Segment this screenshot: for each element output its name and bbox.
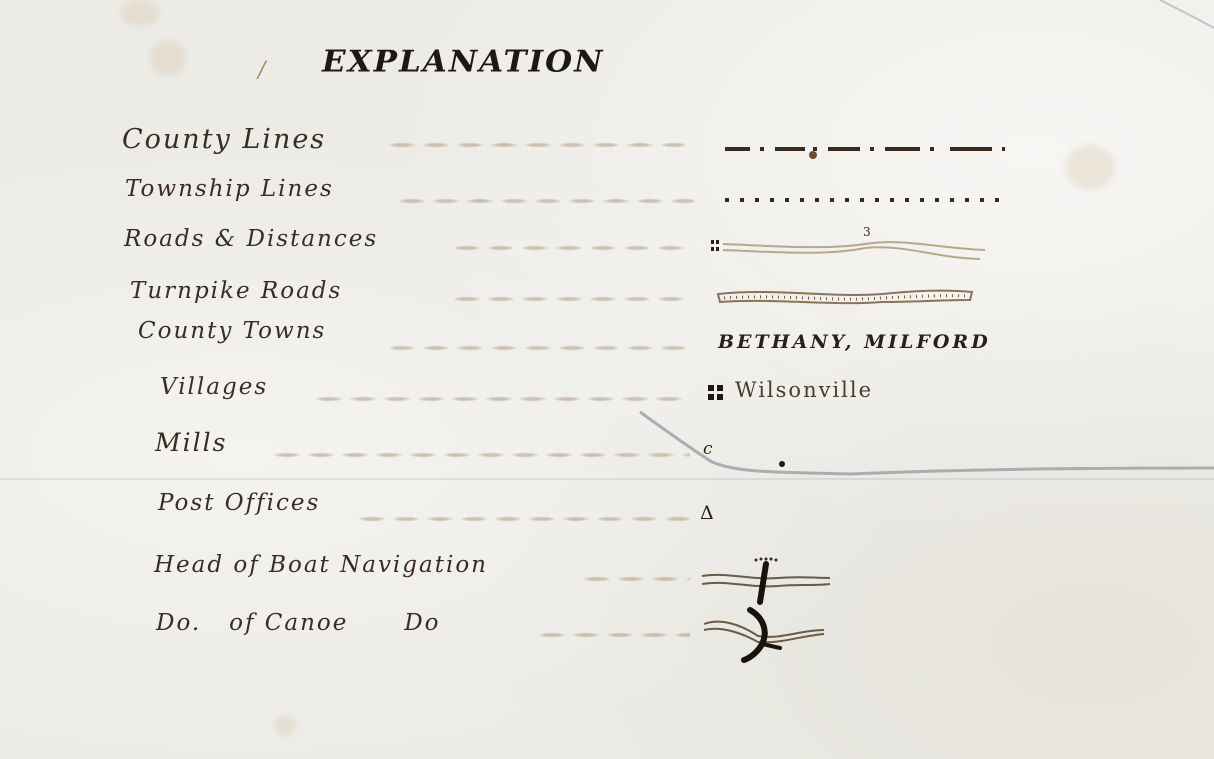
legend-label: Villages — [160, 374, 268, 400]
legend-label: County Towns — [138, 318, 326, 344]
leader-line — [450, 296, 690, 302]
leader-line — [385, 142, 685, 148]
stippled-turnpike-icon — [712, 284, 982, 310]
boat-navigation-icon — [698, 554, 838, 606]
dotted-line-icon — [720, 193, 1010, 207]
leader-line — [395, 198, 695, 204]
legend-label: Do. of Canoe Do — [156, 610, 441, 636]
faded-mark: / — [258, 58, 280, 80]
post-office-triangle-icon: Δ — [700, 502, 717, 524]
village-dots-icon — [706, 383, 728, 403]
canoe-navigation-icon — [700, 604, 840, 666]
ink-dot — [779, 461, 785, 467]
county-towns-sample: BETHANY, MILFORD — [718, 331, 991, 353]
legend-label: Mills — [155, 428, 227, 457]
leader-line — [355, 516, 690, 522]
village-sample: Wilsonville — [735, 378, 873, 402]
dash-dot-line-icon — [720, 140, 1010, 160]
mill-icon: c — [703, 439, 716, 459]
leader-line — [385, 345, 685, 351]
leader-line — [535, 632, 690, 638]
legend-label: Township Lines — [125, 176, 334, 202]
legend-label: Post Offices — [158, 490, 320, 516]
legend-label: Head of Boat Navigation — [154, 552, 488, 578]
leader-line — [312, 396, 687, 402]
double-wavy-road-icon: 3 — [705, 222, 995, 268]
leader-line — [270, 452, 690, 458]
legend-label: Turnpike Roads — [130, 278, 342, 304]
svg-text:3: 3 — [863, 225, 871, 239]
leader-line — [450, 245, 690, 251]
leader-line — [580, 576, 690, 582]
legend-label: County Lines — [122, 124, 326, 155]
legend-label: Roads & Distances — [124, 226, 378, 252]
legend-title: EXPLANATION — [322, 45, 604, 79]
